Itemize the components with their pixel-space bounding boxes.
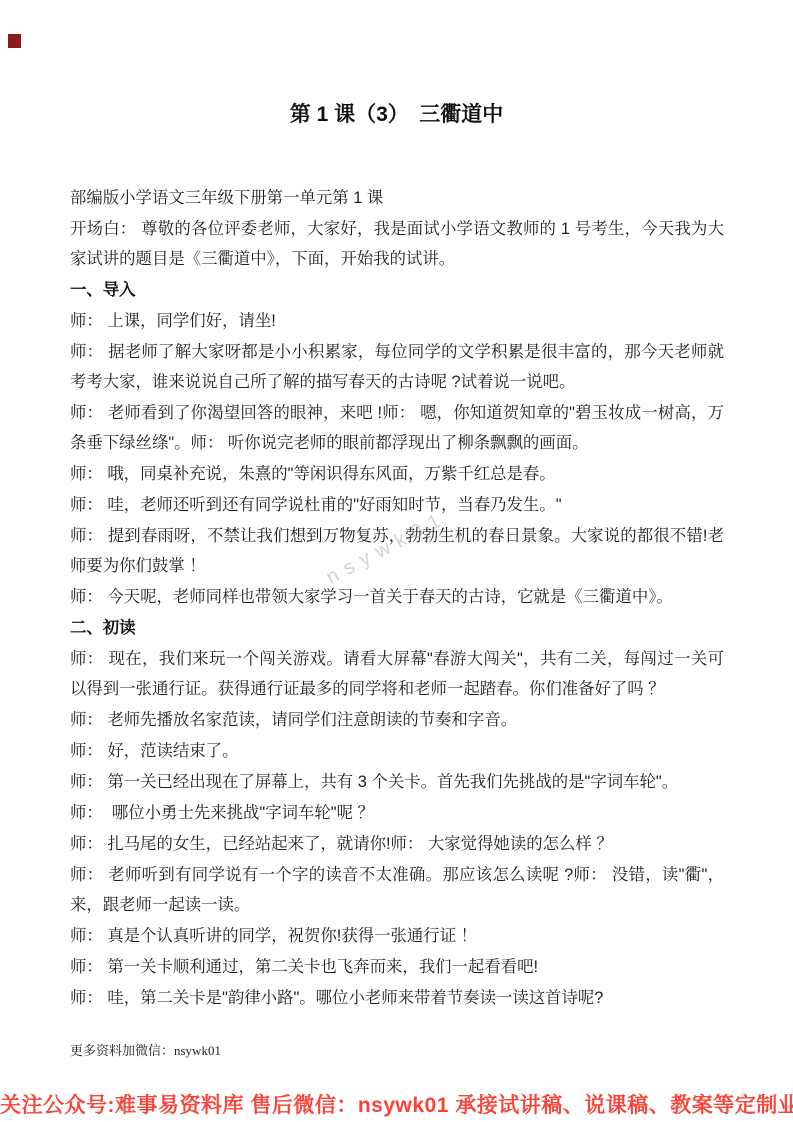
- section-heading: 一、导入: [70, 275, 724, 305]
- paragraph: 师： 据老师了解大家呀都是小小积累家，每位同学的文学积累是很丰富的，那今天老师就…: [70, 337, 724, 397]
- paragraph: 师： 扎马尾的女生，已经站起来了，就请你!师： 大家觉得她读的怎么样 ？: [70, 829, 724, 859]
- paragraph: 师： 提到春雨呀，不禁让我们想到万物复苏，勃勃生机的春日景象。大家说的都很不错!…: [70, 521, 724, 581]
- document-paragraphs: 部编版小学语文三年级下册第一单元第 1 课开场白： 尊敬的各位评委老师，大家好，…: [70, 183, 724, 1013]
- paragraph: 师： 哦，同桌补充说，朱熹的"等闲识得东风面，万紫千红总是春。: [70, 459, 724, 489]
- paragraph: 师： 第一关卡顺利通过，第二关卡也飞奔而来，我们一起看看吧!: [70, 952, 724, 982]
- corner-red-mark: [8, 34, 21, 48]
- paragraph: 师： 上课，同学们好，请坐!: [70, 306, 724, 336]
- paragraph: 部编版小学语文三年级下册第一单元第 1 课: [70, 183, 724, 213]
- paragraph: 师： 现在，我们来玩一个闯关游戏。请看大屏幕"春游大闯关"，共有二关，每闯过一关…: [70, 644, 724, 704]
- paragraph: 师： 老师先播放名家范读，请同学们注意朗读的节奏和字音。: [70, 705, 724, 735]
- document-page: 第 1 课（3） 三衢道中 部编版小学语文三年级下册第一单元第 1 课开场白： …: [0, 0, 793, 1122]
- paragraph: 开场白： 尊敬的各位评委老师，大家好，我是面试小学语文教师的 1 号考生，今天我…: [70, 214, 724, 274]
- paragraph: 师： 哇，第二关卡是"韵律小路"。哪位小老师来带着节奏读一读这首诗呢?: [70, 983, 724, 1013]
- paragraph: 师： 真是个认真听讲的同学，祝贺你!获得一张通行证 ！: [70, 921, 724, 951]
- paragraph: 师： 今天呢，老师同样也带领大家学习一首关于春天的古诗，它就是《三衢道中》。: [70, 582, 724, 612]
- paragraph: 师： 哇，老师还听到还有同学说杜甫的"好雨知时节，当春乃发生。": [70, 490, 724, 520]
- more-info-note: 更多资料加微信：nsywk01: [70, 1040, 221, 1059]
- paragraph: 师： 老师听到有同学说有一个字的读音不太准确。那应该怎么读呢 ?师： 没错，读"…: [70, 860, 724, 920]
- paragraph: 师： 好，范读结束了。: [70, 736, 724, 766]
- paragraph: 师： 老师看到了你渴望回答的眼神，来吧 !师： 嗯，你知道贺知章的"碧玉妆成一树…: [70, 398, 724, 458]
- page-title: 第 1 课（3） 三衢道中: [0, 0, 793, 127]
- paragraph: 师： 哪位小勇士先来挑战"字词车轮"呢 ？: [70, 798, 724, 828]
- section-heading: 二、初读: [70, 613, 724, 643]
- paragraph: 师： 第一关已经出现在了屏幕上，共有 3 个关卡。首先我们先挑战的是"字词车轮"…: [70, 767, 724, 797]
- footer-promo-banner: 关注公众号:难事易资料库 售后微信：nsywk01 承接试讲稿、说课稿、教案等定…: [0, 1089, 793, 1119]
